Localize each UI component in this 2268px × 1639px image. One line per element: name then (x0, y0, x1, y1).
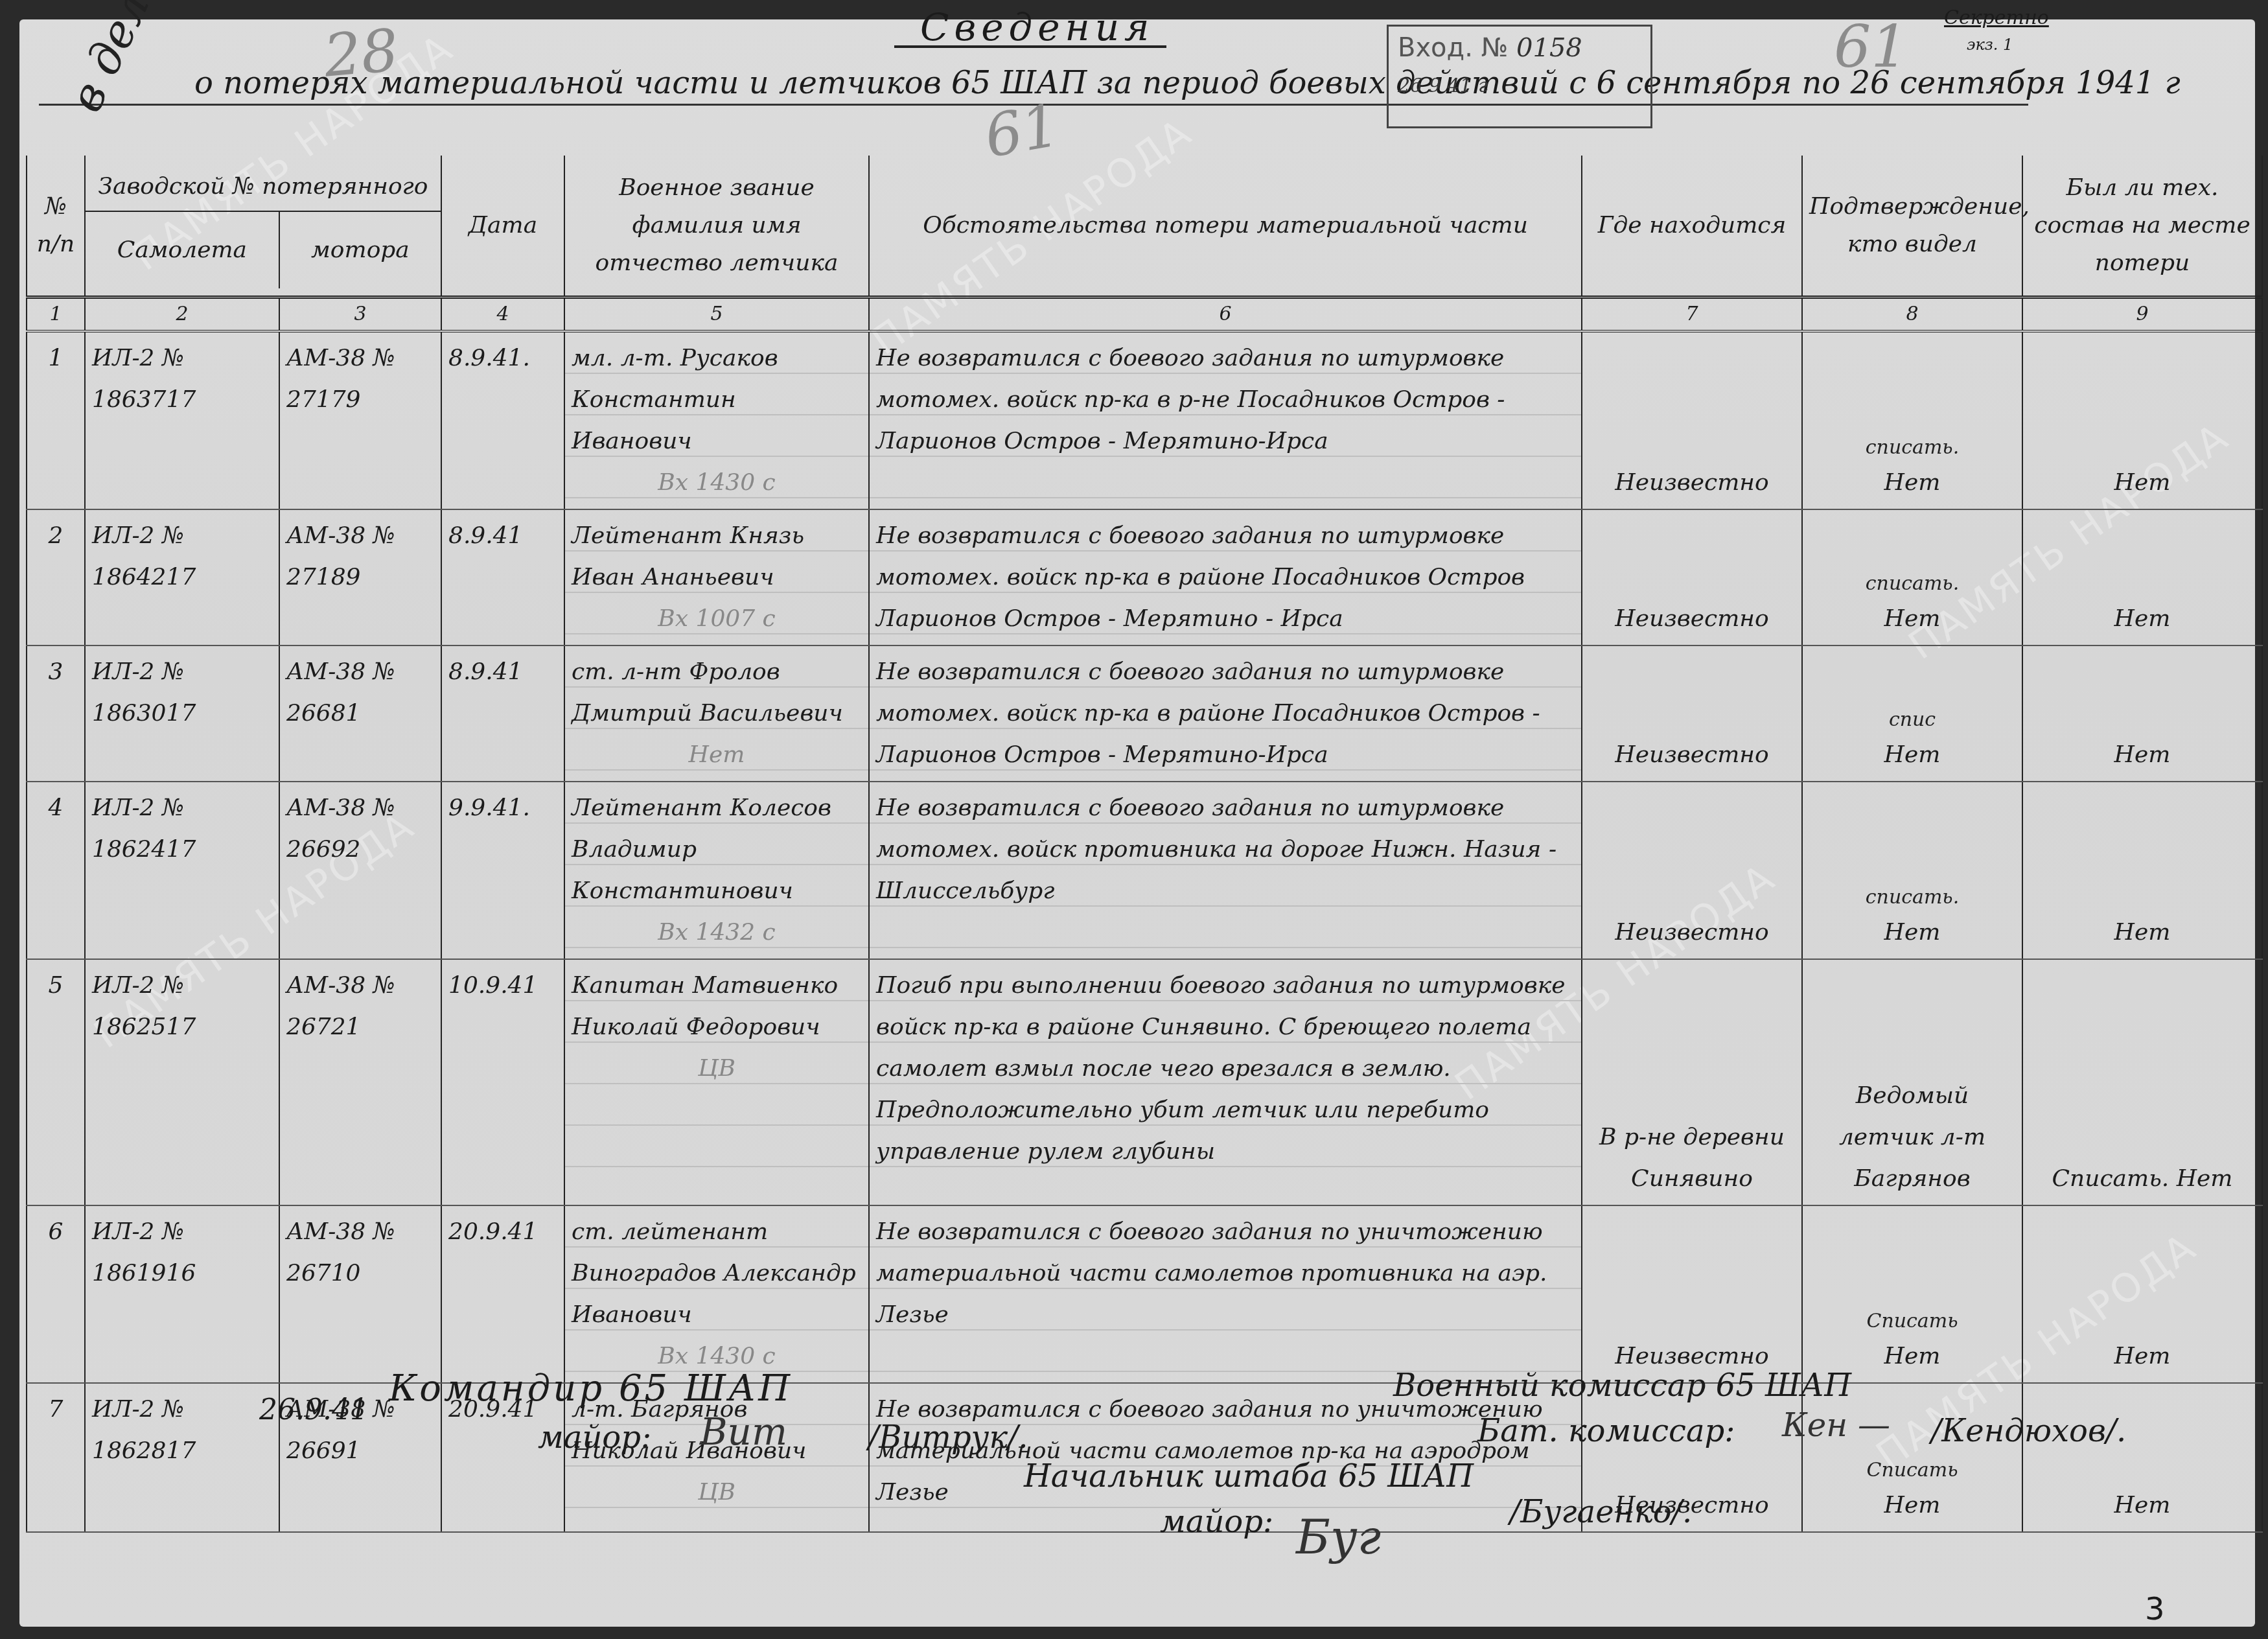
tech-staff-present: Списать. Нет (2022, 959, 2262, 1205)
aircraft-number: ИЛ-2 № 1863717 (85, 331, 279, 509)
circumstances: Не возвратился с боевого задания по унич… (869, 1205, 1582, 1383)
table-row: 3ИЛ-2 № 1863017АМ-38 № 266818.9.41ст. л-… (27, 645, 2262, 782)
column-header-location: Где находится (1582, 156, 1802, 297)
location: Неизвестно (1582, 1205, 1802, 1383)
column-header-engine: мотора (280, 212, 441, 288)
aircraft-number: ИЛ-2 № 1864217 (85, 509, 279, 645)
pilot-cell: Лейтенант Колесов Владимир Константинови… (564, 782, 869, 959)
table-row: 5ИЛ-2 № 1862517АМ-38 № 2672110.9.41Капит… (27, 959, 2262, 1205)
circumstances: Не возвратился с боевого задания по штур… (869, 331, 1582, 509)
confirmation-cell: списНет (1802, 645, 2022, 782)
loss-date: 20.9.41 (441, 1205, 564, 1383)
aircraft-number: ИЛ-2 № 1862417 (85, 782, 279, 959)
chief-of-staff-name: /Бугаенко/. (1510, 1494, 1692, 1530)
pilot-name: мл. л-т. Русаков Константин Иванович (572, 345, 778, 454)
pilot-name: Капитан Матвиенко Николай Федорович (572, 972, 838, 1040)
pilot-name: ст. л-нт Фролов Дмитрий Васильевич (572, 658, 843, 727)
confirmation-cell: СписатьНет (1802, 1383, 2022, 1532)
pilot-cell: Лейтенант Князь Иван АнаньевичВх 1007 с (564, 509, 869, 645)
column-number: 7 (1582, 297, 1802, 332)
location: В р-не деревни Синявино (1582, 959, 1802, 1205)
commissar-rank: Бат. комиссар: (1477, 1413, 1735, 1449)
commissar-signature: Кен — (1782, 1406, 1890, 1444)
row-number: 3 (27, 645, 85, 782)
confirmation-value: Нет (1884, 741, 1941, 768)
commander-name: /Витрук/. (868, 1419, 1028, 1456)
row-number: 5 (27, 959, 85, 1205)
incoming-stamp: Вход. № 0158 26 9 41 г (1387, 25, 1652, 128)
stamp-number: 0158 (1516, 33, 1582, 63)
engine-number: АМ-38 № 26692 (279, 782, 441, 959)
confirmation-cell: списать.Нет (1802, 509, 2022, 645)
column-number-row: 1 2 3 4 5 6 7 8 9 (27, 297, 2262, 332)
confirmation-value: Нет (1884, 605, 1941, 632)
column-header-no: № п/п (27, 156, 85, 297)
write-off-note: спис (1809, 706, 2015, 734)
circumstances: Не возвратился с боевого задания по штур… (869, 509, 1582, 645)
pencil-mark: 28 (321, 16, 401, 91)
row-number: 2 (27, 509, 85, 645)
confirmation-value: Ведомый летчик л-т Багрянов (1839, 1082, 1985, 1192)
pilot-cell: Капитан Матвиенко Николай ФедоровичЦВ (564, 959, 869, 1205)
loss-date: 9.9.41. (441, 782, 564, 959)
column-number: 8 (1802, 297, 2022, 332)
pilot-cell: ст. л-нт Фролов Дмитрий ВасильевичНет (564, 645, 869, 782)
confirmation-cell: списать.Нет (1802, 782, 2022, 959)
losses-table: № п/п Заводской № потерянного Самолета м… (26, 156, 2263, 1533)
pilot-cell: мл. л-т. Русаков Константин ИвановичВх 1… (564, 331, 869, 509)
stamp-label: Вход. № (1398, 33, 1508, 63)
pilot-name: ст. лейтенант Виноградов Александр Ивано… (572, 1218, 856, 1328)
report-date: 26.9.41 (259, 1393, 368, 1426)
commander-title: Командир 65 ШАП (389, 1367, 793, 1410)
engine-number: АМ-38 № 27189 (279, 509, 441, 645)
write-off-note: списать. (1809, 570, 2015, 598)
pencil-mark: 61 (1834, 13, 1908, 81)
pilot-pencil-note: Вх 1430 с (572, 462, 862, 504)
tech-staff-present: Нет (2022, 509, 2262, 645)
chief-of-staff-title: Начальник штаба 65 ШАП (1024, 1458, 1474, 1494)
aircraft-number: ИЛ-2 № 1862817 (85, 1383, 279, 1532)
engine-number: АМ-38 № 26681 (279, 645, 441, 782)
column-number: 1 (27, 297, 85, 332)
engine-number: АМ-38 № 27179 (279, 331, 441, 509)
column-header-aircraft: Самолета (86, 212, 280, 288)
pilot-name: Лейтенант Князь Иван Ананьевич (572, 522, 804, 590)
table-row: 6ИЛ-2 № 1861916АМ-38 № 2671020.9.41ст. л… (27, 1205, 2262, 1383)
column-group-label: Заводской № потерянного (86, 163, 441, 212)
table-row: 2ИЛ-2 № 1864217АМ-38 № 271898.9.41Лейтен… (27, 509, 2262, 645)
confirmation-value: Нет (1884, 919, 1941, 946)
document-title: Сведения (920, 5, 1155, 49)
column-header-tech-staff: Был ли тех. состав на месте потери (2022, 156, 2262, 297)
tech-staff-present: Нет (2022, 1205, 2262, 1383)
confirmation-cell: СписатьНет (1802, 1205, 2022, 1383)
table-row: 1ИЛ-2 № 1863717АМ-38 № 271798.9.41.мл. л… (27, 331, 2262, 509)
circumstances: Не возвратился с боевого задания по штур… (869, 645, 1582, 782)
pilot-pencil-note: Вх 1432 с (572, 912, 862, 953)
row-number: 7 (27, 1383, 85, 1532)
column-number: 6 (869, 297, 1582, 332)
write-off-note: Списать (1809, 1307, 2015, 1336)
tech-staff-present: Нет (2022, 782, 2262, 959)
loss-date: 8.9.41. (441, 331, 564, 509)
secrecy-label: Секретно (1944, 6, 2049, 29)
page-number: 3 (2145, 1591, 2165, 1627)
aircraft-number: ИЛ-2 № 1863017 (85, 645, 279, 782)
tech-staff-present: Нет (2022, 1383, 2262, 1532)
table-row: 4ИЛ-2 № 1862417АМ-38 № 266929.9.41.Лейте… (27, 782, 2262, 959)
copy-note: экз. 1 (1967, 36, 2013, 54)
stamp-date: 26 9 41 г (1398, 75, 1641, 97)
write-off-note: Списать (1809, 1456, 2015, 1485)
aircraft-number: ИЛ-2 № 1862517 (85, 959, 279, 1205)
column-number: 2 (85, 297, 279, 332)
write-off-note: списать. (1809, 883, 2015, 912)
engine-number: АМ-38 № 26710 (279, 1205, 441, 1383)
circumstances: Погиб при выполнении боевого задания по … (869, 959, 1582, 1205)
confirmation-value: Нет (1884, 1343, 1941, 1369)
confirmation-value: Нет (1884, 1492, 1941, 1518)
title-underline (894, 45, 1166, 48)
pilot-pencil-note: ЦВ (572, 1048, 862, 1089)
commissar-name: /Кендюхов/. (1931, 1413, 2126, 1449)
location: Неизвестно (1582, 782, 1802, 959)
confirmation-cell: списать.Нет (1802, 331, 2022, 509)
engine-number: АМ-38 № 26721 (279, 959, 441, 1205)
circumstances: Не возвратился с боевого задания по штур… (869, 782, 1582, 959)
tech-staff-present: Нет (2022, 331, 2262, 509)
aircraft-number: ИЛ-2 № 1861916 (85, 1205, 279, 1383)
commander-signature: Вит (700, 1410, 787, 1454)
row-number: 1 (27, 331, 85, 509)
row-number: 4 (27, 782, 85, 959)
column-header-factory-no: Заводской № потерянного Самолета мотора (85, 156, 441, 297)
tech-staff-present: Нет (2022, 645, 2262, 782)
commander-rank: майор: (538, 1419, 651, 1456)
column-number: 4 (441, 297, 564, 332)
confirmation-cell: Ведомый летчик л-т Багрянов (1802, 959, 2022, 1205)
commissar-title: Военный комиссар 65 ШАП (1393, 1367, 1851, 1404)
pilot-pencil-note: Вх 1007 с (572, 598, 862, 640)
confirmation-value: Нет (1884, 469, 1941, 496)
pilot-pencil-note: Нет (572, 734, 862, 776)
column-number: 3 (279, 297, 441, 332)
chief-of-staff-rank: майор: (1160, 1504, 1273, 1540)
column-header-pilot: Военное звание фамилия имя отчество летч… (564, 156, 869, 297)
location: Неизвестно (1582, 509, 1802, 645)
column-number: 9 (2022, 297, 2262, 332)
pilot-pencil-note: ЦВ (572, 1472, 862, 1513)
column-header-date: Дата (441, 156, 564, 297)
loss-date: 8.9.41 (441, 645, 564, 782)
pilot-name: Лейтенант Колесов Владимир Константинови… (572, 795, 831, 904)
row-number: 6 (27, 1205, 85, 1383)
column-number: 5 (564, 297, 869, 332)
location: Неизвестно (1582, 331, 1802, 509)
write-off-note: списать. (1809, 434, 2015, 462)
column-header-confirmation: Подтверждение, кто видел (1802, 156, 2022, 297)
location: Неизвестно (1582, 645, 1802, 782)
loss-date: 10.9.41 (441, 959, 564, 1205)
chief-of-staff-signature: Буг (1296, 1510, 1381, 1564)
pilot-cell: ст. лейтенант Виноградов Александр Ивано… (564, 1205, 869, 1383)
loss-date: 8.9.41 (441, 509, 564, 645)
column-header-circumstances: Обстоятельства потери материальной части (869, 156, 1582, 297)
